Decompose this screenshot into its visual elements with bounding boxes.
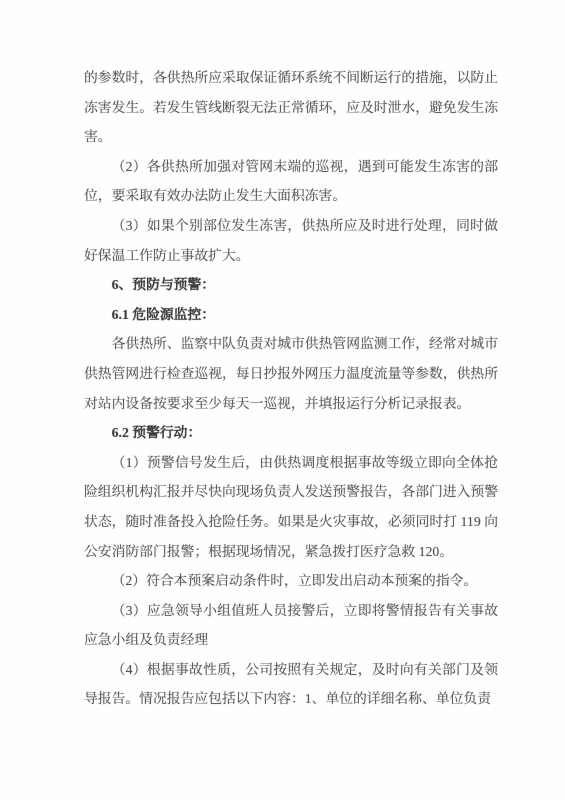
paragraph: （3）如果个别部位发生冻害，供热所应及时进行处理，同时做好保温工作防止事故扩大。 [84, 211, 498, 270]
section-heading: 6.2 预警行动： [84, 418, 498, 448]
paragraph: （4）根据事故性质，公司按照有关规定，及时向有关部门及领导报告。情况报告应包括以… [84, 655, 498, 714]
document-body: 的参数时，各供热所应采取保证循环系统不间断运行的措施，以防止冻害发生。若发生管线… [84, 63, 498, 714]
paragraph: （2）各供热所加强对管网末端的巡视，遇到可能发生冻害的部位，要采取有效办法防止发… [84, 152, 498, 211]
section-heading: 6、预防与预警： [84, 270, 498, 300]
paragraph: 的参数时，各供热所应采取保证循环系统不间断运行的措施，以防止冻害发生。若发生管线… [84, 63, 498, 152]
paragraph: 各供热所、监察中队负责对城市供热管网监测工作，经常对城市供热管网进行检查巡视，每… [84, 329, 498, 418]
section-heading: 6.1 危险源监控： [84, 300, 498, 330]
document-page: 的参数时，各供热所应采取保证循环系统不间断运行的措施，以防止冻害发生。若发生管线… [0, 0, 565, 800]
paragraph: （1）预警信号发生后，由供热调度根据事故等级立即向全体抢险组织机构汇报并尽快向现… [84, 448, 498, 566]
paragraph: （3）应急领导小组值班人员接警后，立即将警情报告有关事故应急小组及负责经理 [84, 596, 498, 655]
paragraph: （2）符合本预案启动条件时，立即发出启动本预案的指令。 [84, 566, 498, 596]
